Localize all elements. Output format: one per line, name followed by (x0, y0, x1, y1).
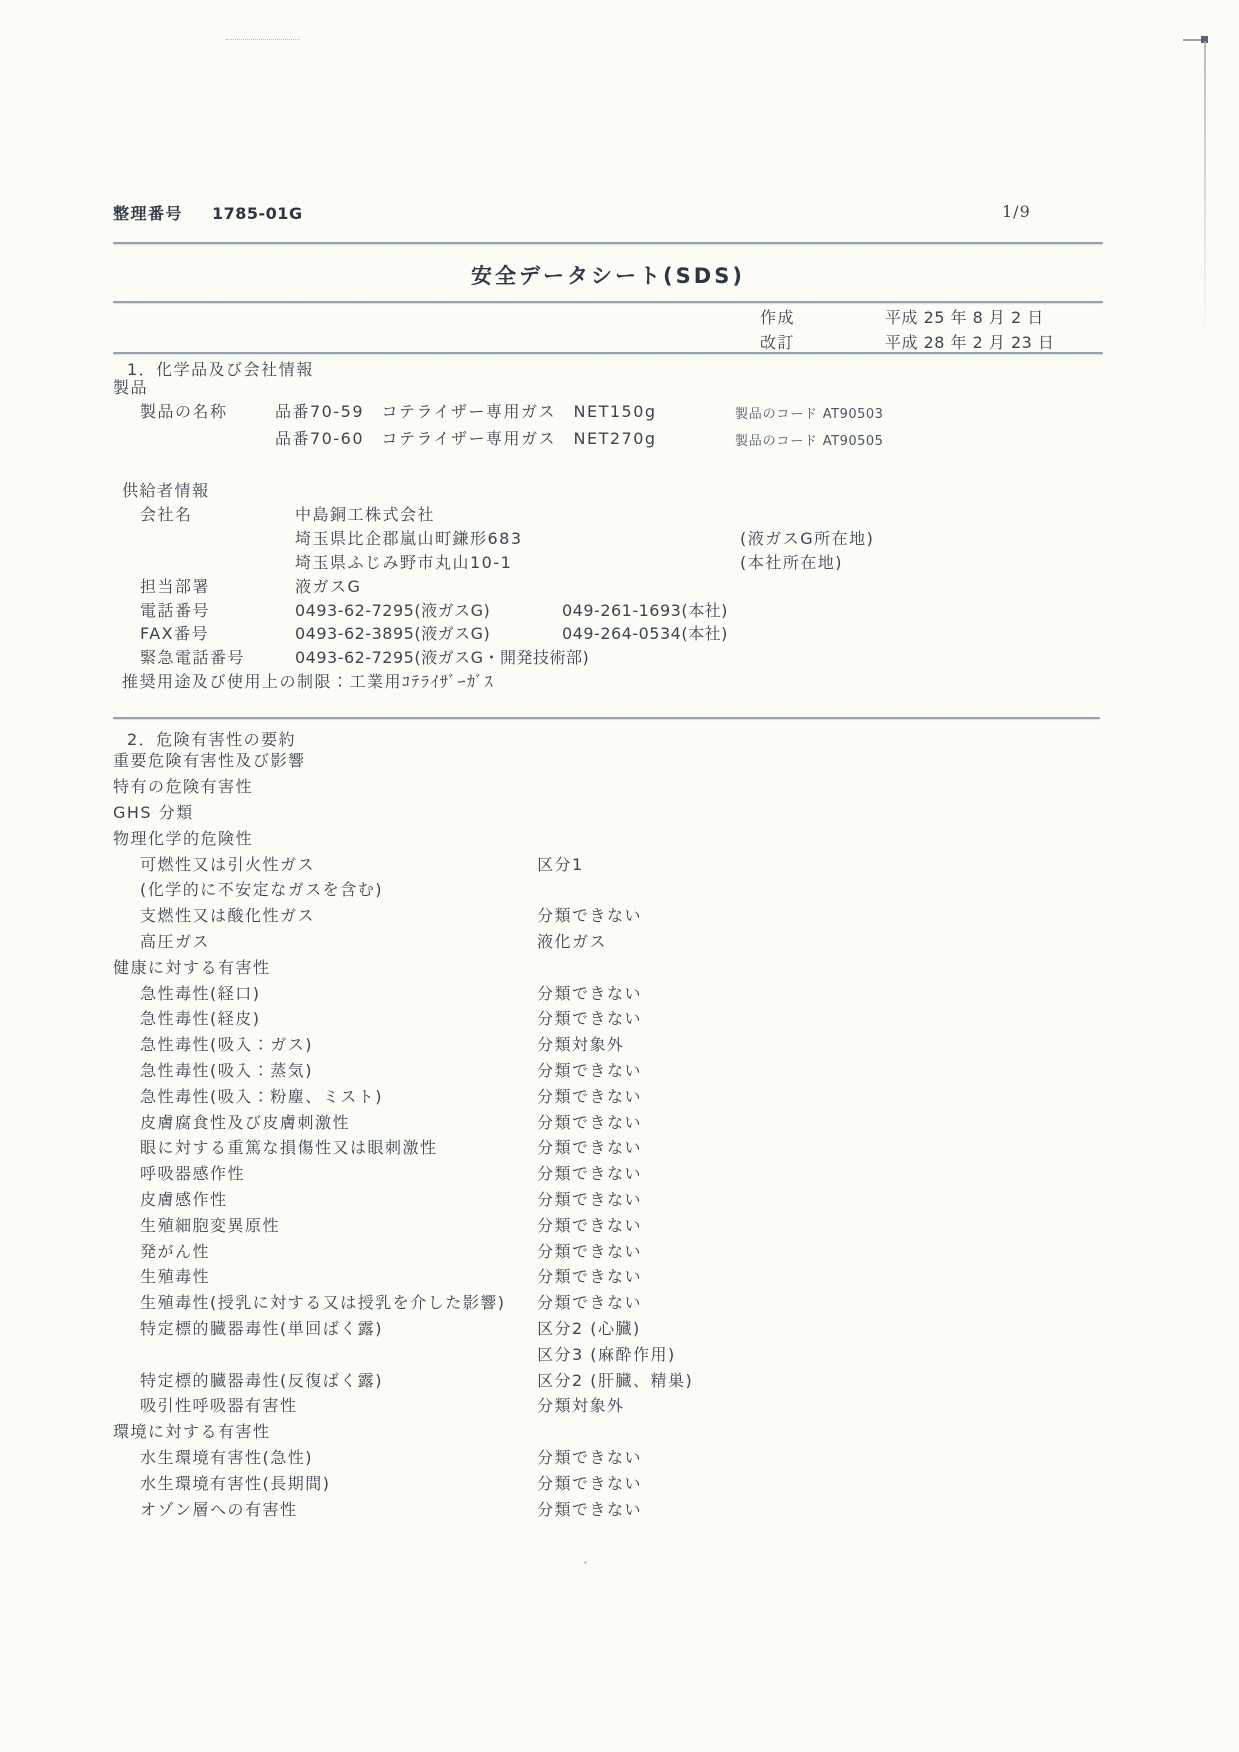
hazard-value: 分類できない (537, 1110, 642, 1133)
rule-below-title (113, 301, 1103, 303)
department-value: 液ガスG (295, 577, 361, 597)
emergency-phone-value: 0493-62-7295(液ガスG・開発技術部) (295, 648, 589, 668)
page-number: 1/9 (1002, 202, 1031, 222)
ref-number-label: 整理番号 (113, 204, 183, 224)
created-label: 作成 (760, 308, 795, 328)
scan-artifact-speck (584, 1561, 587, 1564)
hazard-value: 分類できない (537, 1213, 642, 1236)
hazard-row: 特定標的臓器毒性(反復ばく露)区分2 (肝臓、精巣) (113, 1366, 1113, 1392)
phone-label: 電話番号 (140, 601, 210, 621)
hazard-row: 健康に対する有害性 (113, 953, 1113, 979)
hazard-label: 高圧ガス (140, 929, 210, 952)
hazard-label: 健康に対する有害性 (113, 955, 271, 978)
hazard-row: 急性毒性(吸入：ガス)分類対象外 (113, 1031, 1113, 1057)
hazard-row: 発がん性分類できない (113, 1237, 1113, 1263)
hazard-row: 特定標的臓器毒性(単回ばく露)区分2 (心臓) (113, 1315, 1113, 1341)
hazard-row: 吸引性呼吸器有害性分類対象外 (113, 1392, 1113, 1418)
fax-label: FAX番号 (140, 624, 209, 644)
hazard-label: 可燃性又は引火性ガス (140, 852, 315, 875)
product-name-1: 品番70-59 コテライザー専用ガス NET150g (275, 402, 657, 422)
product-code-2: 製品のコード AT90505 (735, 432, 883, 452)
hazard-value: 分類できない (537, 1135, 642, 1158)
hazard-label: 環境に対する有害性 (113, 1419, 271, 1442)
hazard-label: 生殖毒性 (140, 1264, 210, 1287)
hazard-rows: 重要危険有害性及び影響特有の危険有害性GHS 分類物理化学的危険性可燃性又は引火… (113, 747, 1113, 1521)
hazard-label: 皮膚感作性 (140, 1187, 228, 1210)
section1-heading: 1．化学品及び会社情報 (127, 360, 314, 380)
hazard-row: (化学的に不安定なガスを含む) (113, 876, 1113, 902)
hazard-label: 生殖毒性(授乳に対する又は授乳を介した影響) (140, 1290, 506, 1313)
address-1-note: (液ガスG所在地) (740, 529, 874, 549)
hazard-value: 分類できない (537, 1161, 642, 1184)
rule-below-dates (113, 352, 1103, 354)
hazard-value: 分類できない (537, 1290, 642, 1313)
created-date: 平成 25 年 8 月 2 日 (885, 308, 1044, 328)
hazard-row: 物理化学的危険性 (113, 824, 1113, 850)
hazard-label: 特定標的臓器毒性(反復ばく露) (140, 1368, 383, 1391)
hazard-value: 分類できない (537, 981, 642, 1004)
hazard-value: 分類対象外 (537, 1032, 625, 1055)
hazard-label: 急性毒性(吸入：ガス) (140, 1032, 313, 1055)
hazard-row: オゾン層への有害性分類できない (113, 1495, 1113, 1521)
hazard-label: 眼に対する重篤な損傷性又は眼刺激性 (140, 1135, 438, 1158)
fax-value-1: 0493-62-3895(液ガスG) (295, 624, 490, 644)
hazard-label: 物理化学的危険性 (113, 826, 253, 849)
hazard-label: 特有の危険有害性 (113, 774, 253, 797)
product-group-label: 製品 (113, 378, 148, 398)
hazard-row: 環境に対する有害性 (113, 1418, 1113, 1444)
supplier-heading: 供給者情報 (122, 481, 210, 501)
hazard-label: 水生環境有害性(長期間) (140, 1471, 331, 1494)
hazard-row: 急性毒性(吸入：粉塵、ミスト)分類できない (113, 1082, 1113, 1108)
hazard-value: 区分3 (麻酔作用) (537, 1342, 676, 1365)
hazard-value: 分類できない (537, 1445, 642, 1468)
hazard-row: 急性毒性(吸入：蒸気)分類できない (113, 1057, 1113, 1083)
company-label: 会社名 (140, 505, 193, 525)
hazard-label: (化学的に不安定なガスを含む) (140, 877, 383, 900)
ref-number-value: 1785-01G (212, 204, 303, 224)
hazard-label: 発がん性 (140, 1239, 210, 1262)
product-code-label-2: 製品のコード (735, 434, 818, 449)
hazard-value: 分類対象外 (537, 1393, 625, 1416)
hazard-row: 皮膚腐食性及び皮膚刺激性分類できない (113, 1108, 1113, 1134)
product-code-1: 製品のコード AT90503 (735, 405, 883, 425)
emergency-phone-label: 緊急電話番号 (140, 648, 245, 668)
hazard-row: 水生環境有害性(急性)分類できない (113, 1444, 1113, 1470)
hazard-value: 液化ガス (537, 929, 607, 952)
scan-artifact-vertical-line (1204, 41, 1206, 341)
hazard-value: 区分1 (537, 852, 584, 875)
hazard-label: 水生環境有害性(急性) (140, 1445, 313, 1468)
hazard-label: 生殖細胞変異原性 (140, 1213, 280, 1236)
hazard-label: 支燃性又は酸化性ガス (140, 903, 315, 926)
hazard-row: 特有の危険有害性 (113, 773, 1113, 799)
hazard-row: 生殖毒性分類できない (113, 1263, 1113, 1289)
document-title: 安全データシート(SDS) (113, 260, 1103, 290)
recommended-use: 推奨用途及び使用上の制限：工業用ｺﾃﾗｲｻﾞｰｶﾞｽ (122, 672, 494, 692)
hazard-label: 吸引性呼吸器有害性 (140, 1393, 298, 1416)
address-2: 埼玉県ふじみ野市丸山10-1 (295, 553, 512, 573)
hazard-value: 分類できない (537, 1471, 642, 1494)
hazard-value: 分類できない (537, 1239, 642, 1262)
phone-value-2: 049-261-1693(本社) (562, 601, 728, 621)
hazard-label: 急性毒性(吸入：粉塵、ミスト) (140, 1084, 383, 1107)
hazard-row: 皮膚感作性分類できない (113, 1186, 1113, 1212)
hazard-label: 急性毒性(吸入：蒸気) (140, 1058, 313, 1081)
hazard-value: 分類できない (537, 1006, 642, 1029)
hazard-value: 区分2 (心臓) (537, 1316, 641, 1339)
hazard-value: 分類できない (537, 1264, 642, 1287)
product-code-value-1: AT90503 (823, 407, 884, 422)
phone-value-1: 0493-62-7295(液ガスG) (295, 601, 490, 621)
hazard-value: 分類できない (537, 1084, 642, 1107)
hazard-row: 生殖毒性(授乳に対する又は授乳を介した影響)分類できない (113, 1289, 1113, 1315)
hazard-label: GHS 分類 (113, 800, 194, 823)
hazard-row: 重要危険有害性及び影響 (113, 747, 1113, 773)
hazard-row: 支燃性又は酸化性ガス分類できない (113, 902, 1113, 928)
product-code-value-2: AT90505 (823, 434, 884, 449)
address-1: 埼玉県比企郡嵐山町鎌形683 (295, 529, 523, 549)
hazard-label: 重要危険有害性及び影響 (113, 748, 306, 771)
revised-date: 平成 28 年 2 月 23 日 (885, 333, 1054, 353)
hazard-label: 急性毒性(経口) (140, 981, 261, 1004)
hazard-row: 急性毒性(経口)分類できない (113, 979, 1113, 1005)
sds-document-page: 整理番号 1785-01G 1/9 安全データシート(SDS) 作成 平成 25… (0, 0, 1239, 1752)
product-code-label-1: 製品のコード (735, 407, 818, 422)
address-2-note: (本社所在地) (740, 553, 843, 573)
hazard-row: 呼吸器感作性分類できない (113, 1160, 1113, 1186)
hazard-value: 区分2 (肝臓、精巣) (537, 1368, 693, 1391)
hazard-label: 急性毒性(経皮) (140, 1006, 261, 1029)
hazard-row: GHS 分類 (113, 799, 1113, 825)
hazard-row: 生殖細胞変異原性分類できない (113, 1211, 1113, 1237)
department-label: 担当部署 (140, 577, 210, 597)
hazard-label: 皮膚腐食性及び皮膚刺激性 (140, 1110, 350, 1133)
revised-label: 改訂 (760, 333, 795, 353)
rule-top (113, 242, 1103, 244)
hazard-row: 急性毒性(経皮)分類できない (113, 1005, 1113, 1031)
hazard-value: 分類できない (537, 1497, 642, 1520)
rule-above-section2 (113, 717, 1100, 719)
hazard-label: 呼吸器感作性 (140, 1161, 245, 1184)
hazard-label: オゾン層への有害性 (140, 1497, 298, 1520)
hazard-row: 高圧ガス液化ガス (113, 928, 1113, 954)
hazard-row: 区分3 (麻酔作用) (113, 1340, 1113, 1366)
company-name: 中島銅工株式会社 (295, 505, 435, 525)
hazard-value: 分類できない (537, 1187, 642, 1210)
hazard-label: 特定標的臓器毒性(単回ばく露) (140, 1316, 383, 1339)
fax-value-2: 049-264-0534(本社) (562, 624, 728, 644)
hazard-value: 分類できない (537, 1058, 642, 1081)
hazard-value: 分類できない (537, 903, 642, 926)
hazard-row: 眼に対する重篤な損傷性又は眼刺激性分類できない (113, 1134, 1113, 1160)
hazard-row: 水生環境有害性(長期間)分類できない (113, 1469, 1113, 1495)
product-name-label: 製品の名称 (140, 402, 228, 422)
product-name-2: 品番70-60 コテライザー専用ガス NET270g (275, 429, 657, 449)
scan-artifact-dotted-line (226, 39, 300, 40)
hazard-row: 可燃性又は引火性ガス区分1 (113, 850, 1113, 876)
